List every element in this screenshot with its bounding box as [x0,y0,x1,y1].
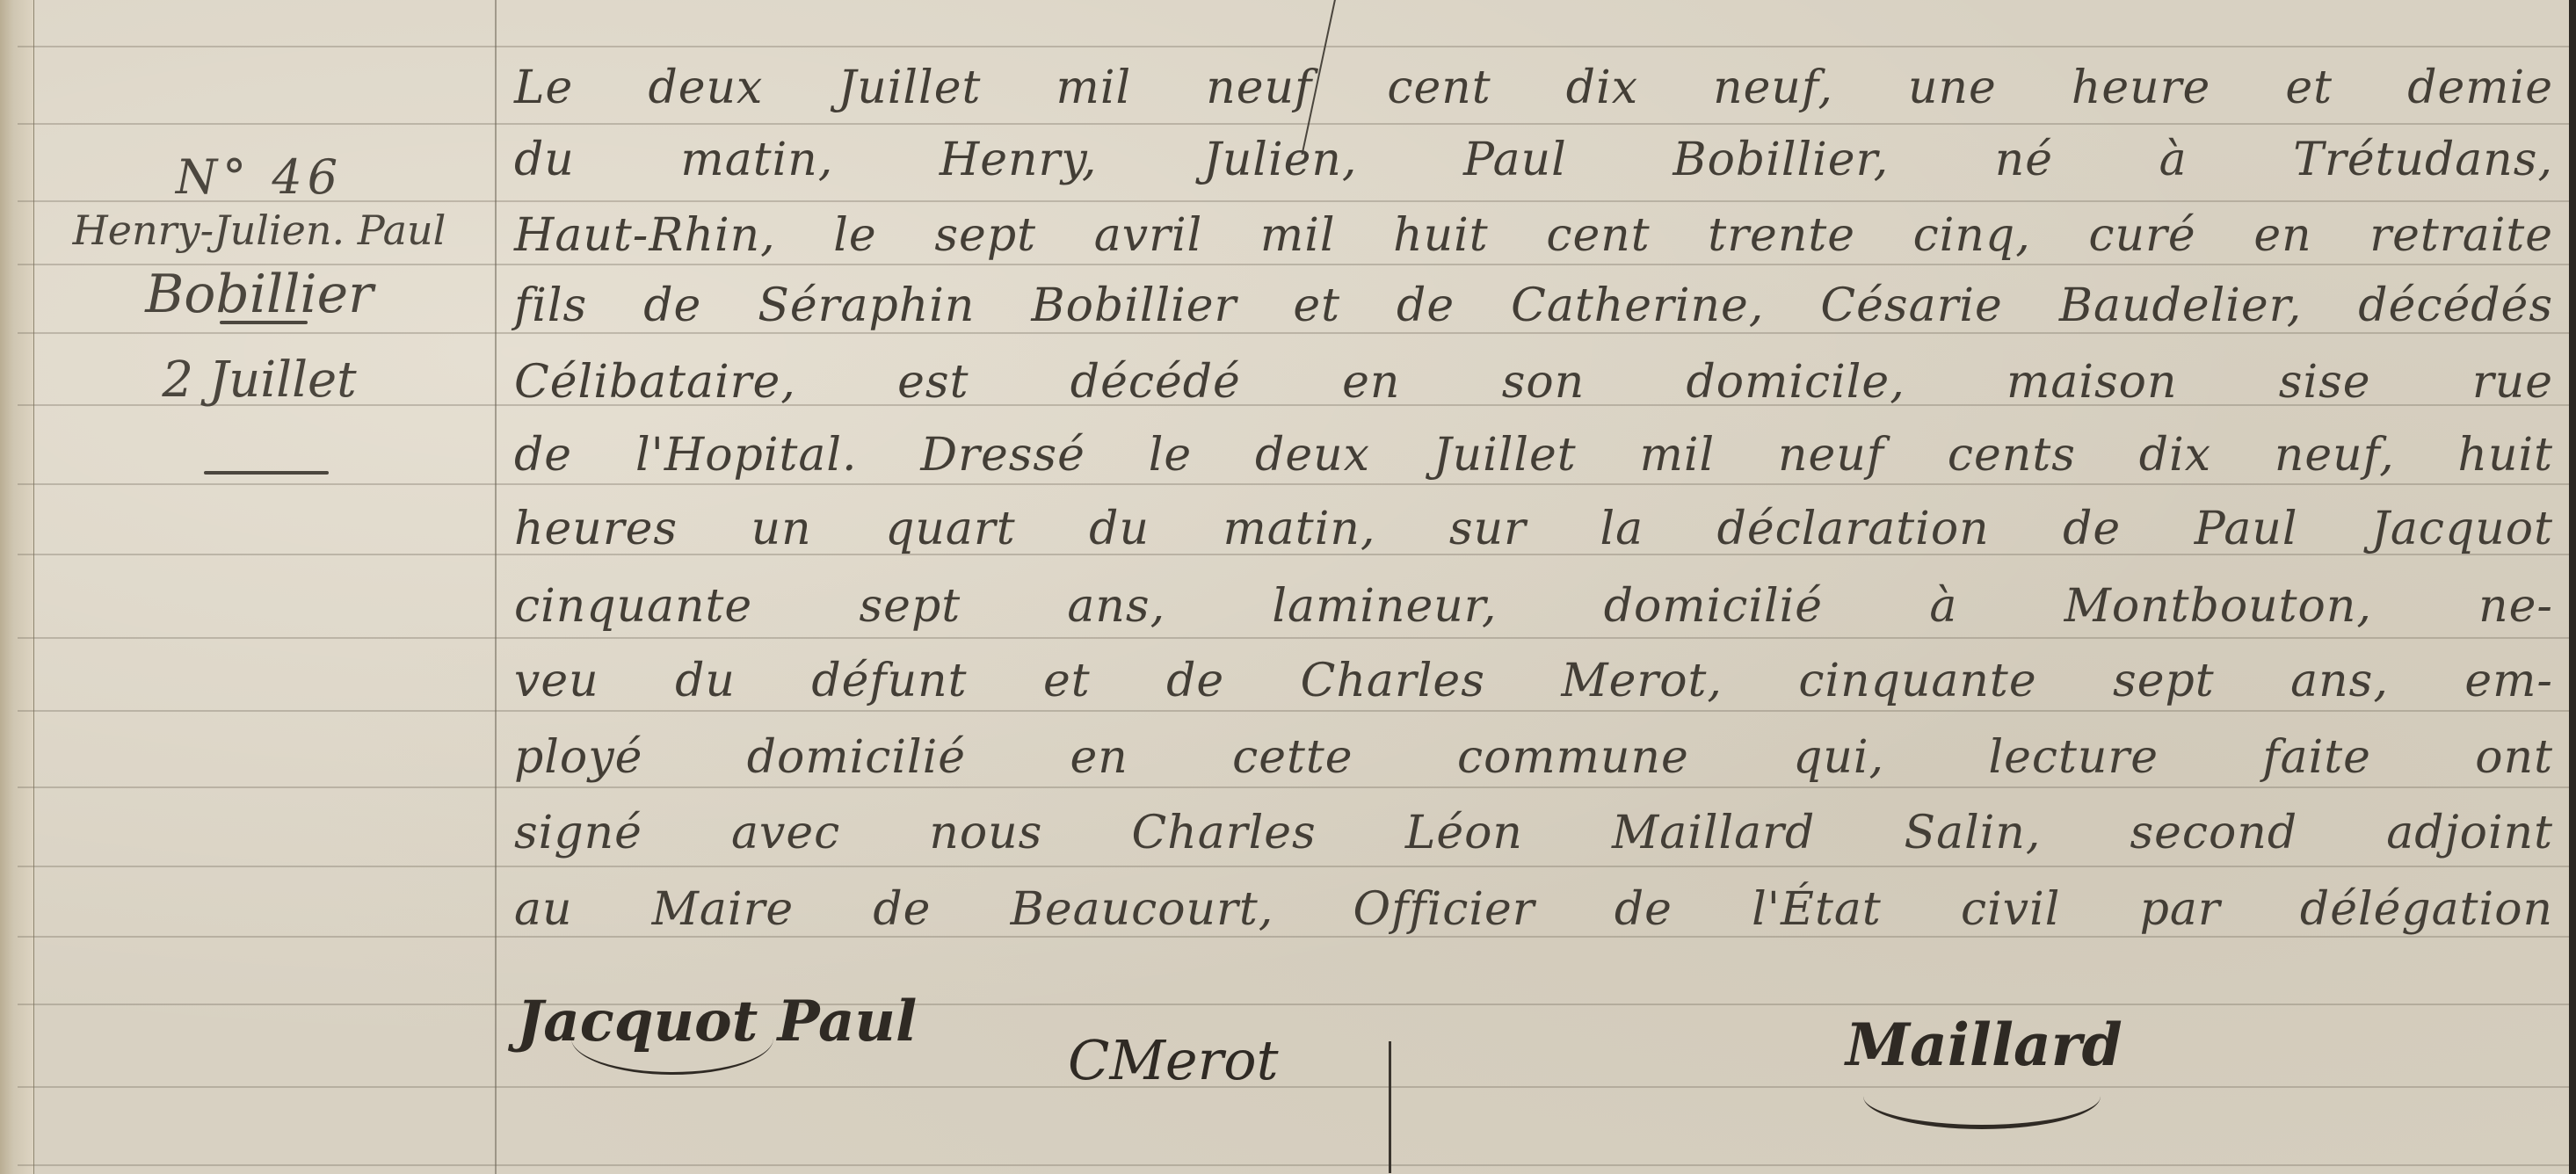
signature-witness: CMerot [1068,1028,1279,1092]
deceased-surname: Bobillier [26,264,492,325]
margin-column: N° 46 Henry-Julien. Paul Bobillier 2 Jui… [26,0,492,1174]
deceased-given-names: Henry-Julien. Paul [26,207,492,254]
act-line: Célibataire, est décédé en son domicile,… [514,356,2553,409]
act-line: Le deux Juillet mil neuf cent dix neuf, … [514,62,2553,114]
act-line: Haut-Rhin, le sept avril mil huit cent t… [514,209,2553,262]
act-date: 2 Juillet [26,351,492,409]
act-line: cinquante sept ans, lamineur, domicilié … [514,580,2553,633]
margin-divider [204,471,329,475]
act-line: du matin, Henry, Julien, Paul Bobillier,… [514,134,2553,186]
act-line: heures un quart du matin, sur la déclara… [514,503,2553,555]
signature-flourish [1863,1063,2101,1129]
signature-flourish [571,1002,773,1075]
margin-divider [220,321,308,324]
act-line: de l'Hopital. Dressé le deux Juillet mil… [514,429,2553,482]
register-page: N° 46 Henry-Julien. Paul Bobillier 2 Jui… [0,0,2576,1174]
act-line: signé avec nous Charles Léon Maillard Sa… [514,807,2553,859]
act-line: fils de Séraphin Bobillier et de Catheri… [514,279,2553,332]
margin-rule [495,0,497,1174]
signature-flourish [1380,1041,1391,1173]
act-line: ployé domicilié en cette commune qui, le… [514,731,2553,784]
act-line: veu du défunt et de Charles Merot, cinqu… [514,655,2553,707]
act-number: N° 46 [26,149,492,205]
act-line: au Maire de Beaucourt, Officier de l'Éta… [514,883,2553,936]
page-edge [2569,0,2576,1174]
